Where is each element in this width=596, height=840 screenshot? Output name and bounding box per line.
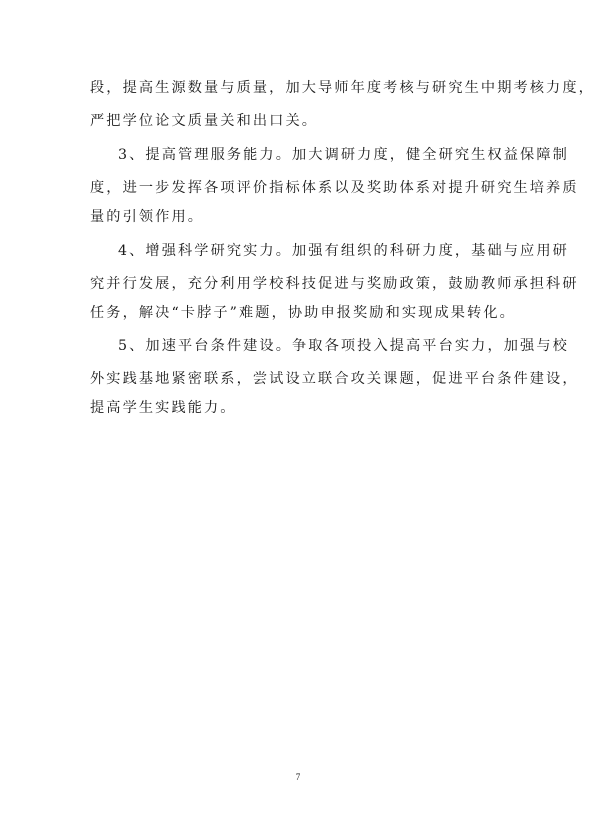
paragraph-line: 量的引领作用。: [90, 207, 204, 227]
paragraph-line: 严把学位论文质量关和出口关。: [90, 111, 318, 131]
document-page: 段，提高生源数量与质量，加大导师年度考核与研究生中期考核力度， 严把学位论文质量…: [0, 0, 596, 840]
paragraph-line: 段，提高生源数量与质量，加大导师年度考核与研究生中期考核力度，: [90, 78, 595, 98]
section-3-heading-line: 3、提高管理服务能力。加大调研力度，健全研究生权益保障制: [118, 145, 569, 165]
section-5-heading-line: 5、加速平台条件建设。争取各项投入提高平台实力，加强与校: [118, 336, 569, 356]
paragraph-line: 究并行发展，充分利用学校科技促进与奖励政策，鼓励教师承担科研: [90, 274, 579, 294]
paragraph-line: 度，进一步发挥各项评价指标体系以及奖助体系对提升研究生培养质: [90, 178, 579, 198]
paragraph-line: 任务，解决“卡脖子”难题，协助申报奖励和实现成果转化。: [90, 303, 516, 323]
paragraph-line: 外实践基地紧密联系，尝试设立联合攻关课题，促进平台条件建设，: [90, 369, 579, 389]
page-number: 7: [0, 772, 596, 782]
paragraph-line: 提高学生实践能力。: [90, 398, 237, 418]
section-4-heading-line: 4、增强科学研究实力。加强有组织的科研力度，基础与应用研: [118, 241, 569, 261]
